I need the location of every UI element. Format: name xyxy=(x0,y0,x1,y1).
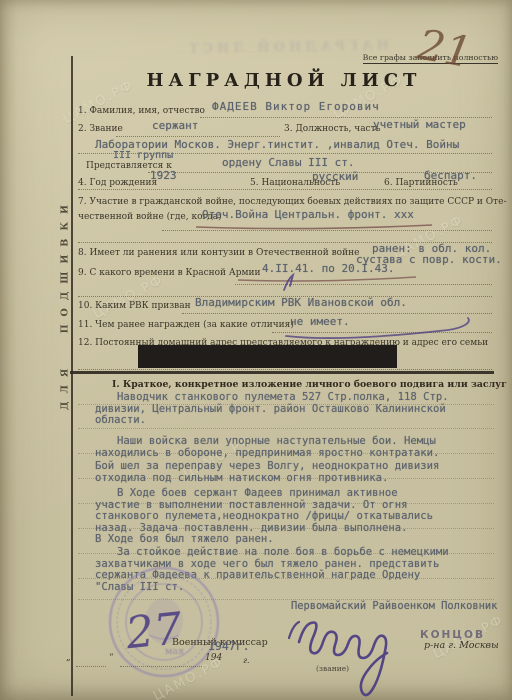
signature-ink xyxy=(285,592,435,697)
field-1-label: 1. Фамилия, имя, отчество xyxy=(78,106,205,116)
field-4-value: 1923 xyxy=(150,170,177,182)
field-4-label: 4. Год рождения xyxy=(78,178,157,188)
citation-paragraph: В Ходе боев сержант Фадеев принимал акти… xyxy=(95,488,495,546)
redaction-bar xyxy=(138,345,397,368)
field-7-label-line2: чественной войне (где, когда) xyxy=(78,212,222,222)
award-sheet-document: ЦАМО.РФ ЦАМО.РФ ЦАМО.РФ ЦАМО.РФ ЦАМО.РФ … xyxy=(0,0,512,700)
award-sheet-title: НАГРАДНОЙ ЛИСТ xyxy=(72,70,496,91)
form-rule-line xyxy=(272,331,492,333)
printed-year-prefix: 194 xyxy=(205,653,222,663)
field-6-value: беспарт. xyxy=(424,170,477,182)
citation-paragraph: Наши войска вели упорные наступательные … xyxy=(95,436,495,459)
citation-paragraph: Наводчик станкового пулемета 527 Стр.пол… xyxy=(95,392,495,427)
ruling-line xyxy=(78,427,494,429)
form-rule-line xyxy=(76,665,106,667)
typed-year-value: 1947г. xyxy=(208,641,250,653)
bleed-through-ghost-title: НАГРАДНОЙ ЛИСТ xyxy=(185,38,389,57)
section-divider-line xyxy=(70,371,494,374)
form-rule-line xyxy=(116,135,280,137)
field-10-value: Владимирским РВК Ивановской обл. xyxy=(195,297,407,309)
field-7-label-line1: 7. Участие в гражданской войне, последую… xyxy=(78,197,507,207)
form-rule-line xyxy=(120,665,202,667)
district-label: р-на г. Москвы xyxy=(424,641,499,651)
presented-to-value: ордену Славы III ст. xyxy=(222,157,354,169)
printed-year-suffix: г. xyxy=(243,656,250,666)
form-rule-line xyxy=(182,312,492,314)
field-3-value-line2: Лаборатории Москов. Энерг.тинстит. ,инва… xyxy=(95,139,459,151)
field-1-value: ФАДЕЕВ Виктор Егорович xyxy=(212,101,380,113)
archive-watermark: ЦАМО.РФ xyxy=(91,273,167,323)
field-10-label: 10. Каким РВК призван xyxy=(78,301,191,311)
field-11-label: 11. Чем ранее награжден (за какие отличи… xyxy=(78,320,294,330)
month-stamp: мая xyxy=(165,646,184,657)
filing-margin-vertical-label: ДЛЯ ПОДШИВКИ xyxy=(60,188,71,420)
field-9-value: 4.II.41. по 20.I.43. xyxy=(262,263,394,275)
form-rule-line xyxy=(78,188,492,190)
field-9-label: 9. С какого времени в Красной Армии xyxy=(78,268,260,278)
citation-paragraph: Бой шел за переправу через Волгу, неодно… xyxy=(95,461,495,484)
form-rule-line xyxy=(235,283,492,285)
date-quote-close: “ xyxy=(109,653,114,663)
date-quote-open: „ xyxy=(66,653,71,663)
section-1-heading: I. Краткое, конкретное изложение личного… xyxy=(112,379,507,390)
field-9-ink-underline xyxy=(238,277,416,281)
handwritten-page-number: 21 xyxy=(414,20,475,78)
field-8-label: 8. Имеет ли ранения или контузии в Отече… xyxy=(78,248,359,258)
form-rule-line xyxy=(78,368,492,370)
field-2-label: 2. Звание xyxy=(78,124,123,134)
field-3-value-line3: III группы xyxy=(113,150,173,162)
field-3-label: 3. Должность, часть xyxy=(284,124,380,134)
field-5-value: русский xyxy=(312,171,358,183)
field-11-value: не имеет. xyxy=(290,316,350,328)
field-2-value: сержант xyxy=(152,120,198,132)
form-left-border-line xyxy=(71,56,73,696)
field-3-value: учетный мастер xyxy=(373,119,466,131)
field-7-value: Отеч.Война Центральн. фронт. ххх xyxy=(202,209,414,221)
form-rule-line xyxy=(162,229,492,231)
